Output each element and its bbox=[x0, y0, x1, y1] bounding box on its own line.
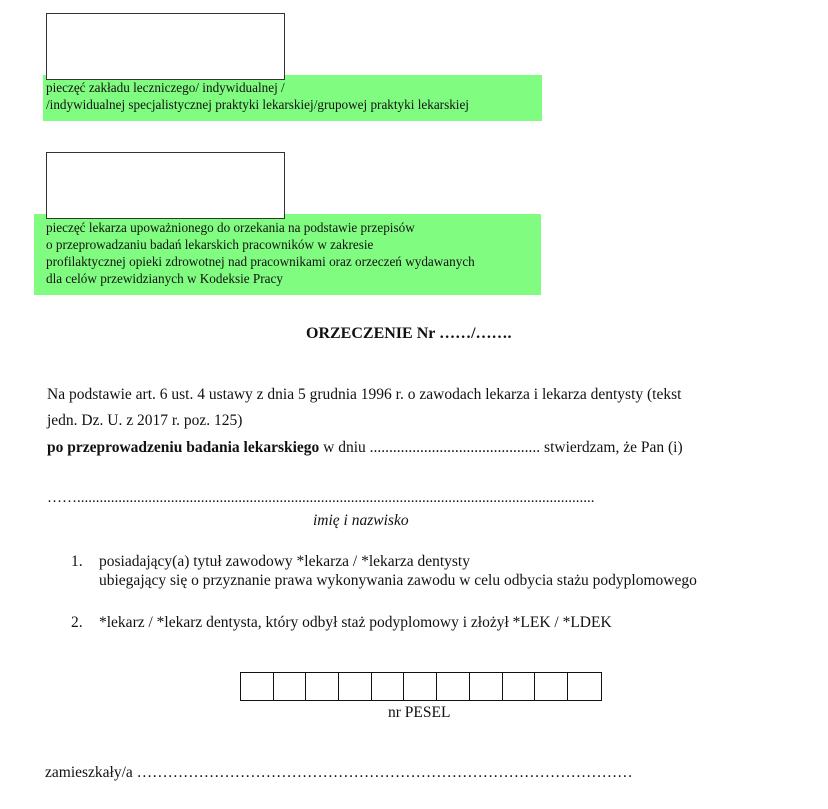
pesel-digit-cell[interactable] bbox=[306, 673, 339, 700]
pesel-input-grid[interactable] bbox=[240, 672, 602, 701]
residence-field[interactable]: …………………………………………………………………………………… bbox=[133, 764, 633, 781]
option-1: 1.posiadający(a) tytuł zawodowy *lekarza… bbox=[71, 553, 470, 571]
stamp1-label: pieczęć zakładu leczniczego/ indywidualn… bbox=[43, 75, 542, 121]
pesel-digit-cell[interactable] bbox=[241, 673, 274, 700]
stamp2-label-line: pieczęć lekarza upoważnionego do orzekan… bbox=[46, 219, 541, 236]
full-name-field[interactable]: ……......................................… bbox=[47, 490, 753, 507]
exam-date-prefix: w dniu bbox=[319, 439, 369, 456]
stamp2-label: pieczęć lekarza upoważnionego do orzekan… bbox=[34, 214, 541, 295]
document-title: ORZECZENIE Nr ……/……. bbox=[306, 325, 512, 343]
residence-line: zamieszkały/a ……………………………………………………………………… bbox=[45, 764, 805, 782]
stamp2-label-line: profilaktycznej opieki zdrowotnej nad pr… bbox=[46, 253, 541, 270]
option-text: posiadający(a) tytuł zawodowy *lekarza /… bbox=[99, 553, 470, 570]
stamp1-box bbox=[46, 13, 285, 80]
legal-basis-line1: Na podstawie art. 6 ust. 4 ustawy z dnia… bbox=[47, 386, 681, 404]
exam-statement-bold: po przeprowadzeniu badania lekarskiego bbox=[47, 439, 319, 456]
stamp1-label-line: /indywidualnej specjalistycznej praktyki… bbox=[46, 96, 542, 113]
pesel-digit-cell[interactable] bbox=[404, 673, 437, 700]
residence-label: zamieszkały/a bbox=[45, 764, 133, 781]
pesel-digit-cell[interactable] bbox=[535, 673, 568, 700]
pesel-digit-cell[interactable] bbox=[437, 673, 470, 700]
option-text: *lekarz / *lekarz dentysta, który odbył … bbox=[99, 614, 612, 631]
stamp2-label-line: o przeprowadzaniu badań lekarskich praco… bbox=[46, 236, 541, 253]
stamp1-label-line: pieczęć zakładu leczniczego/ indywidualn… bbox=[46, 79, 542, 96]
pesel-digit-cell[interactable] bbox=[274, 673, 307, 700]
option-number: 2. bbox=[71, 614, 99, 632]
pesel-digit-cell[interactable] bbox=[372, 673, 405, 700]
pesel-digit-cell[interactable] bbox=[339, 673, 372, 700]
option-1-line2: ubiegający się o przyznanie prawa wykony… bbox=[99, 572, 697, 590]
legal-basis-line2: jedn. Dz. U. z 2017 r. poz. 125) bbox=[47, 412, 242, 430]
pesel-digit-cell[interactable] bbox=[503, 673, 536, 700]
stamp2-label-line: dla celów przewidzianych w Kodeksie Prac… bbox=[46, 270, 541, 287]
exam-date-field[interactable]: ........................................… bbox=[370, 439, 541, 456]
pesel-caption: nr PESEL bbox=[388, 704, 450, 722]
option-number: 1. bbox=[71, 553, 99, 571]
option-2: 2.*lekarz / *lekarz dentysta, który odby… bbox=[71, 614, 612, 632]
exam-statement-suffix: stwierdzam, że Pan (i) bbox=[540, 439, 682, 456]
full-name-caption: imię i nazwisko bbox=[313, 512, 409, 530]
exam-statement: po przeprowadzeniu badania lekarskiego w… bbox=[47, 439, 683, 457]
pesel-digit-cell[interactable] bbox=[568, 673, 601, 700]
stamp2-box bbox=[46, 152, 285, 219]
pesel-digit-cell[interactable] bbox=[470, 673, 503, 700]
